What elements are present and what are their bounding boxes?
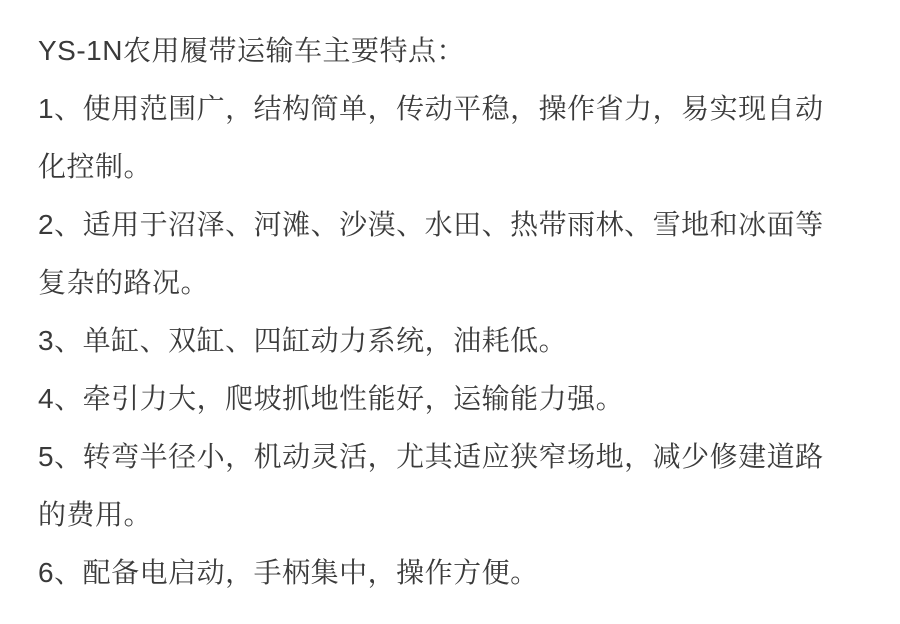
article-body: YS-1N农用履带运输车主要特点： 1、使用范围广，结构简单，传动平稳，操作省力… — [38, 22, 870, 602]
feature-5-line-2: 的费用。 — [38, 486, 870, 544]
feature-1-line-2: 化控制。 — [38, 138, 870, 196]
feature-1-line-1: 1、使用范围广，结构简单，传动平稳，操作省力，易实现自动 — [38, 80, 870, 138]
feature-3-line: 3、单缸、双缸、四缸动力系统，油耗低。 — [38, 312, 870, 370]
feature-5-line-1: 5、转弯半径小，机动灵活，尤其适应狭窄场地，减少修建道路 — [38, 428, 870, 486]
feature-4-line: 4、牵引力大，爬坡抓地性能好，运输能力强。 — [38, 370, 870, 428]
feature-6-line: 6、配备电启动，手柄集中，操作方便。 — [38, 544, 870, 602]
feature-2-line-1: 2、适用于沼泽、河滩、沙漠、水田、热带雨林、雪地和冰面等 — [38, 196, 870, 254]
document-title: YS-1N农用履带运输车主要特点： — [38, 22, 870, 80]
document-page: YS-1N农用履带运输车主要特点： 1、使用范围广，结构简单，传动平稳，操作省力… — [0, 0, 900, 624]
feature-2-line-2: 复杂的路况。 — [38, 254, 870, 312]
